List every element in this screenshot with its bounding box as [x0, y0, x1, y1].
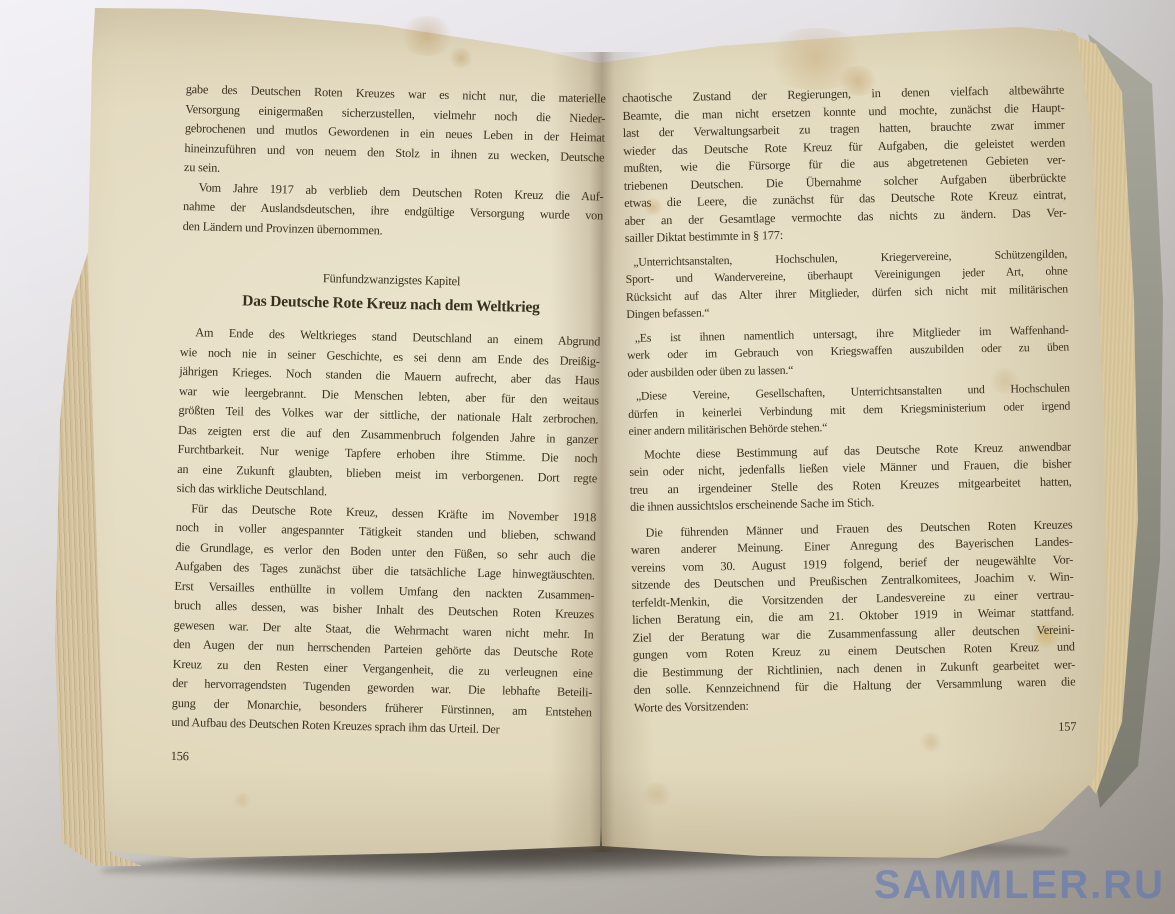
book-photo: gabe des Deutschen Roten Kreuzes war es …: [0, 0, 1175, 914]
quote-paragraph: „Unterrichtsanstalten, Hochschulen, Krie…: [625, 245, 1068, 323]
paragraph: Die führenden Männer und Frauen des Deut…: [630, 516, 1076, 717]
paragraph: Mochte diese Bestimmung auf das Deutsche…: [629, 438, 1072, 516]
right-page-blocks: chaotische Zustand der Regierungen, in d…: [622, 82, 1076, 717]
watermark: SAMMLER.RU: [874, 863, 1165, 908]
paragraph: gabe des Deutschen Roten Kreuzes war es …: [184, 80, 606, 187]
left-page-text: gabe des Deutschen Roten Kreuzes war es …: [170, 80, 605, 775]
chapter-title: Das Deutsche Rote Kreuz nach dem Weltkri…: [181, 289, 601, 318]
text-line: Das Deutsche Rote Kreuz nach dem Weltkri…: [181, 289, 601, 318]
quote-paragraph: „Es ist ihnen namentlich untersagt, ihre…: [627, 321, 1070, 382]
paragraph: Vom Jahre 1917 ab verblieb dem Deutschen…: [182, 177, 603, 245]
paragraph: Für das Deutsche Rote Kreuz, dessen Kräf…: [171, 498, 596, 741]
paragraph: Am Ende des Weltkrieges stand Deutschlan…: [177, 323, 601, 508]
right-page-text: chaotische Zustand der Regierungen, in d…: [622, 82, 1076, 745]
paragraph: chaotische Zustand der Regierungen, in d…: [622, 82, 1067, 248]
quote-paragraph: „Diese Vereine, Gesellschaften, Unterric…: [628, 379, 1071, 440]
left-page-blocks: gabe des Deutschen Roten Kreuzes war es …: [171, 80, 606, 742]
